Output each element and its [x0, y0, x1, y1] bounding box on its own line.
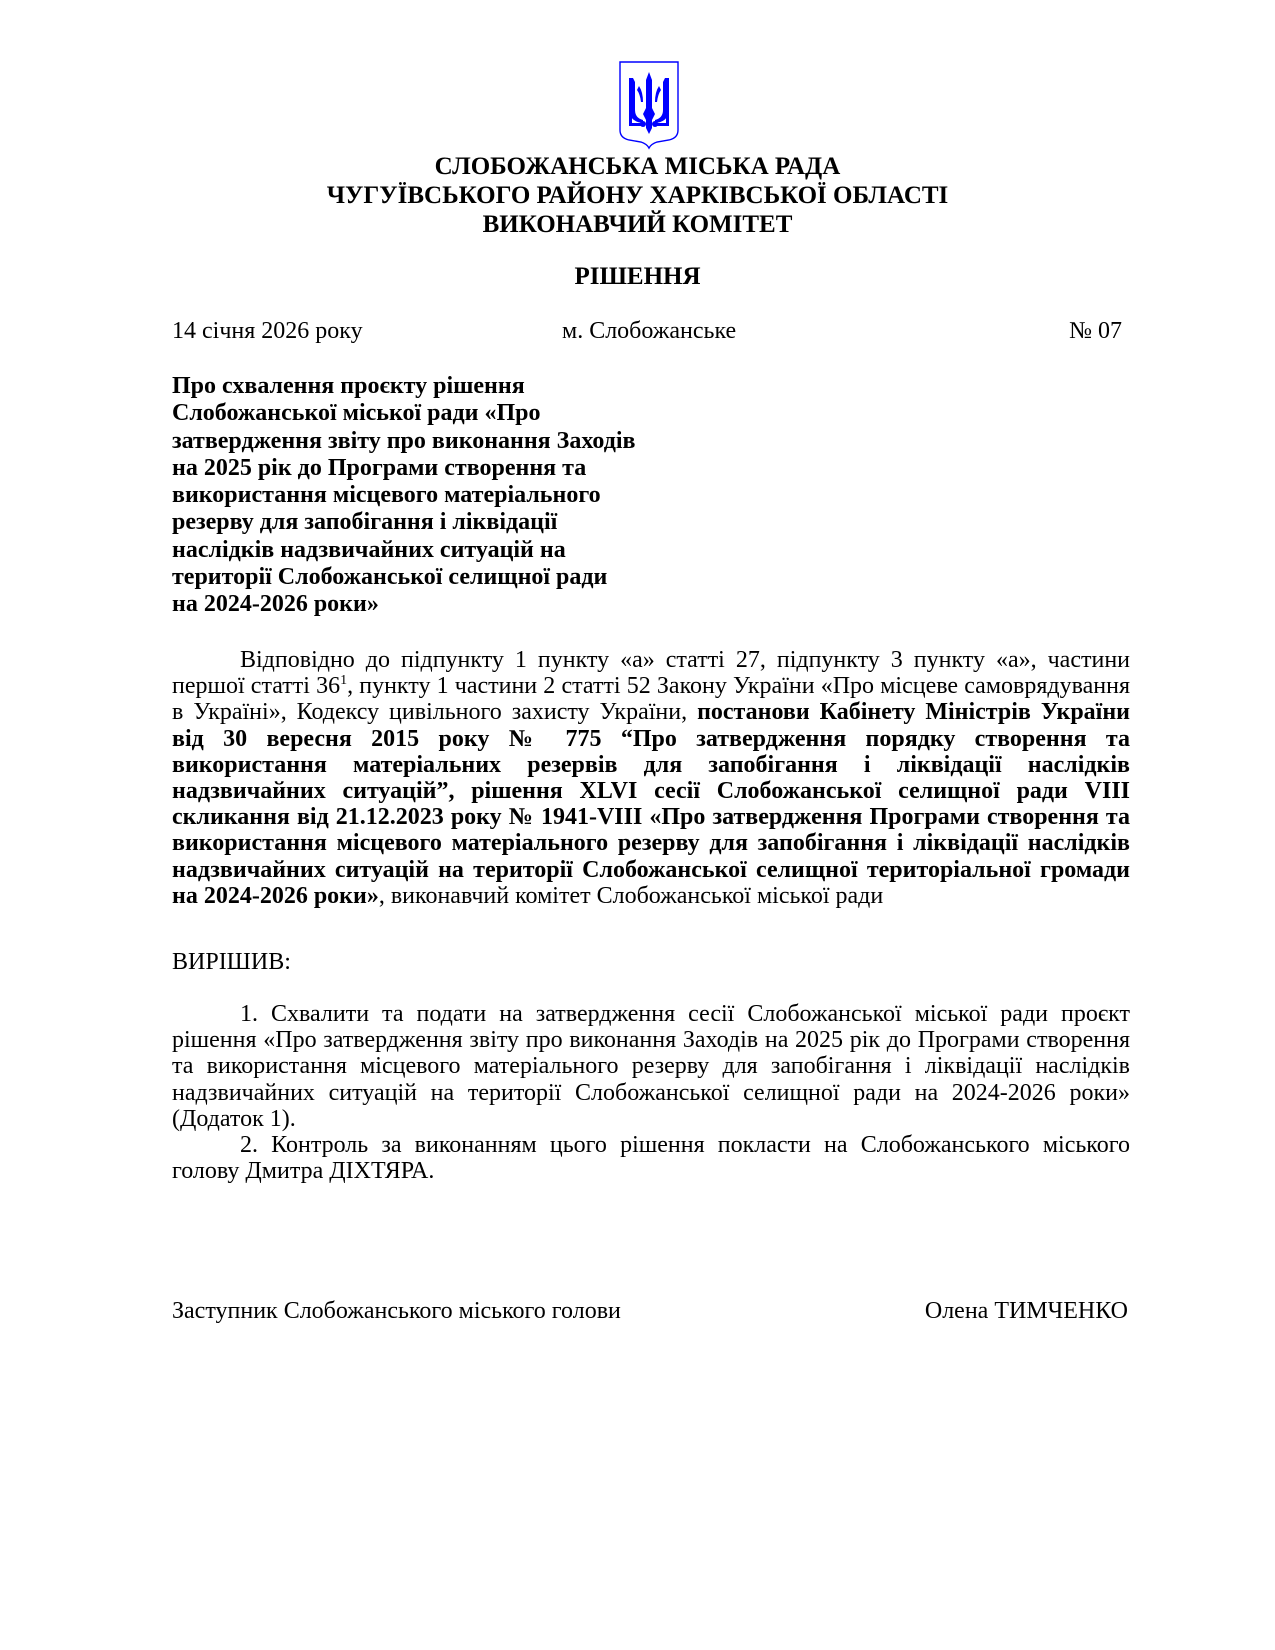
ukraine-trident-coat-of-arms-icon	[617, 58, 681, 150]
signatory-name: Олена ТИМЧЕНКО	[925, 1298, 1128, 1325]
document-number: № 07	[1069, 318, 1122, 345]
subject-line: Про схвалення проєкту рішення	[172, 373, 652, 400]
subject-line: на 2025 рік до Програми створення та	[172, 455, 652, 482]
decision-item: 1. Схвалити та подати на затвердження се…	[172, 1001, 1130, 1132]
document-subject: Про схвалення проєкту рішення Слобожансь…	[172, 373, 652, 619]
document-type-title: РІШЕННЯ	[0, 263, 1275, 291]
header-executive-committee: ВИКОНАВЧИЙ КОМІТЕТ	[0, 210, 1275, 239]
document-date: 14 січня 2026 року	[172, 318, 363, 345]
decision-item: 2. Контроль за виконанням цього рішення …	[172, 1132, 1130, 1184]
subject-line: наслідків надзвичайних ситуацій на	[172, 537, 652, 564]
document-meta-row: 14 січня 2026 року м. Слобожанське № 07	[172, 318, 1122, 348]
document-page: СЛОБОЖАНСЬКА МІСЬКА РАДА ЧУГУЇВСЬКОГО РА…	[0, 0, 1275, 1650]
preamble-legal-reference: постанови Кабінету Міністрів України від…	[172, 699, 1130, 908]
header-council-name: СЛОБОЖАНСЬКА МІСЬКА РАДА	[0, 152, 1275, 181]
decisions-list: 1. Схвалити та подати на затвердження се…	[172, 1001, 1130, 1184]
preamble-text: , виконавчий комітет Слобожанської міськ…	[379, 883, 883, 909]
subject-line: на 2024-2026 роки»	[172, 591, 652, 618]
subject-line: використання місцевого матеріального	[172, 482, 652, 509]
resolved-label: ВИРІШИВ:	[172, 949, 291, 976]
signature-block: Заступник Слобожанського міського голови…	[172, 1298, 1128, 1328]
subject-line: затвердження звіту про виконання Заходів	[172, 428, 652, 455]
header-district-region: ЧУГУЇВСЬКОГО РАЙОНУ ХАРКІВСЬКОЇ ОБЛАСТІ	[0, 181, 1275, 210]
subject-line: території Слобожанської селищної ради	[172, 564, 652, 591]
organization-header: СЛОБОЖАНСЬКА МІСЬКА РАДА ЧУГУЇВСЬКОГО РА…	[0, 152, 1275, 239]
document-place: м. Слобожанське	[562, 318, 736, 345]
signatory-position: Заступник Слобожанського міського голови	[172, 1298, 621, 1325]
subject-line: резерву для запобігання і ліквідації	[172, 509, 652, 536]
preamble-paragraph: Відповідно до підпункту 1 пункту «а» ста…	[172, 647, 1130, 909]
subject-line: Слобожанської міської ради «Про	[172, 400, 652, 427]
